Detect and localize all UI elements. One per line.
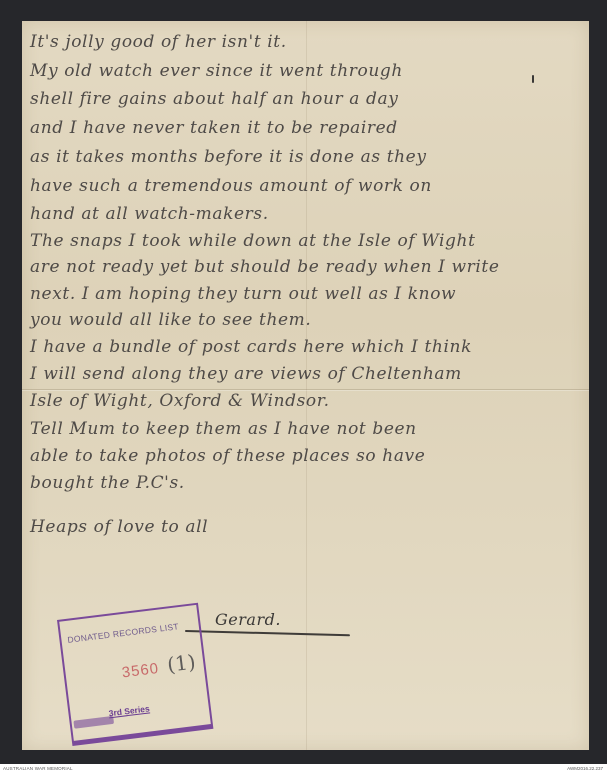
letter-line: are not ready yet but should be ready wh… [30,257,500,277]
letter-line: I will send along they are views of Chel… [30,364,462,384]
stamp-title: DONATED RECORDS LIST [67,621,179,645]
footer-reference: AWM2016.22.237 [567,766,603,771]
footer-institution: AUSTRALIAN WAR MEMORIAL [3,766,73,771]
letter-line: you would all like to see them. [30,310,311,330]
donated-records-stamp: DONATED RECORDS LIST 3560 (1) 3rd Series [57,603,213,746]
letter-line: and I have never taken it to be repaired [30,118,398,138]
letter-line: hand at all watch-makers. [30,204,269,224]
stamp-part-number: (1) [166,650,197,677]
letter-line: My old watch ever since it went through [30,61,403,81]
letter-line: next. I am hoping they turn out well as … [30,284,456,304]
letter-line: It's jolly good of her isn't it. [30,32,287,52]
signature: Gerard. [215,610,281,629]
letter-line: The snaps I took while down at the Isle … [30,231,476,251]
stamp-series: 3rd Series [108,703,150,718]
stamp-number: 3560 [121,660,160,681]
ink-mark [532,75,534,83]
letter-line: able to take photos of these places so h… [30,446,425,466]
letter-line: Tell Mum to keep them as I have not been [30,419,417,439]
letter-line: have such a tremendous amount of work on [30,176,432,196]
letter-line: I have a bundle of post cards here which… [30,337,472,357]
letter-line: as it takes months before it is done as … [30,147,427,167]
stamp-ink-smudge [73,716,114,729]
letter-line: Isle of Wight, Oxford & Windsor. [30,391,330,411]
fold-crease-horizontal [22,389,589,390]
letter-line: bought the P.C's. [30,473,185,493]
letter-line: shell fire gains about half an hour a da… [30,89,398,109]
closing-line: Heaps of love to all [30,517,208,537]
